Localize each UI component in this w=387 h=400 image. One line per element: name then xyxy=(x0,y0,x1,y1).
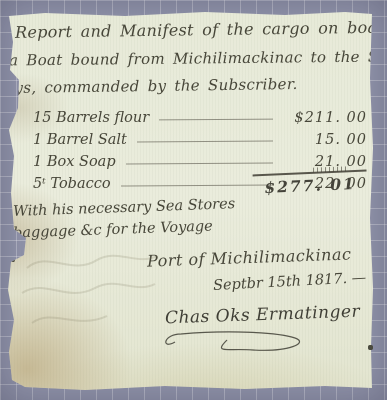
pen-rule-line xyxy=(126,162,273,164)
item-label: 1 Box Soap xyxy=(33,154,116,170)
note-line-1: With his necessary Sea Stores xyxy=(13,196,236,220)
item-amount: 15. 00 xyxy=(281,132,367,148)
item-amount: $211. 00 xyxy=(281,110,367,126)
edge-speck xyxy=(6,68,10,75)
manuscript-paper: Report and Manifest of the cargo on boar… xyxy=(5,8,375,392)
item-label: 15 Barrels flour xyxy=(33,110,149,126)
note-line-2: baggage &c for the Voyage xyxy=(13,219,213,242)
item-label: 5ᵗ Tobacco xyxy=(33,176,111,192)
signature-flourish xyxy=(157,324,317,358)
heading-line-1: Report and Manifest of the cargo on boar… xyxy=(15,17,387,42)
edge-speck xyxy=(8,233,13,242)
cargo-item-row: 1 Barrel Salt 15. 00 xyxy=(33,126,367,148)
total-amount: $277. 01 xyxy=(253,170,368,198)
pen-rule-line xyxy=(159,119,273,121)
edge-speck xyxy=(11,256,15,262)
cargo-item-row: 15 Barrels flour $211. 00 xyxy=(33,104,367,126)
photograph-grid-mat: Report and Manifest of the cargo on boar… xyxy=(0,0,387,400)
edge-speck xyxy=(368,345,373,350)
heading-line-3: rys, commanded by the Subscriber. xyxy=(7,75,298,97)
port-line: Port of Michilimackinac xyxy=(147,244,352,270)
date-line: Septbr 15th 1817. — xyxy=(213,270,367,294)
pen-rule-line xyxy=(137,141,273,143)
pen-rule-line xyxy=(121,184,273,186)
heading-line-2: a Boat bound from Michilimackinac to the… xyxy=(9,47,387,70)
bleed-through-marks xyxy=(17,248,167,358)
item-label: 1 Barrel Salt xyxy=(33,132,127,148)
